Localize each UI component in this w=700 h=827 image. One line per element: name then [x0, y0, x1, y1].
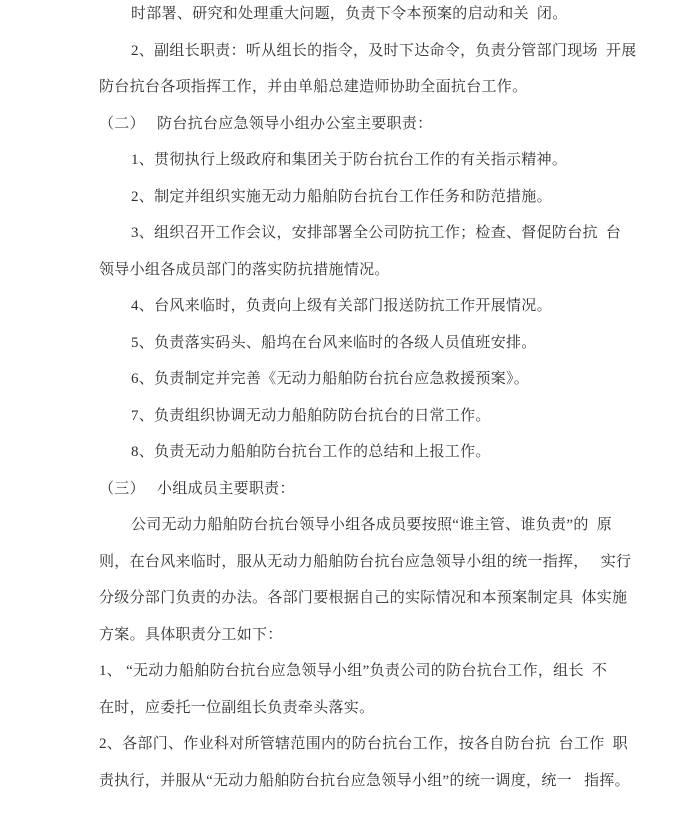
text-line: 领导小组各成员部门的落实防抗措施情况。 — [99, 252, 639, 289]
text-line: 时部署、研究和处理重大问题，负责下令本预案的启动和关 闭。 — [99, 0, 639, 33]
text-line: 1、 “无动力船舶防台抗台应急领导小组”负责公司的防台抗台工作，组长 不 — [99, 653, 639, 690]
document-text-block: 时部署、研究和处理重大问题，负责下令本预案的启动和关 闭。 2、副组长职责：听从… — [99, 0, 639, 799]
text-line: 责执行，并服从“无动力船舶防台抗台应急领导小组”的统一调度，统一 指挥。 — [99, 763, 639, 800]
text-line: 1、贯彻执行上级政府和集团关于防台抗台工作的有关指示精神。 — [99, 142, 639, 179]
text-line: 公司无动力船舶防台抗台领导小组各成员要按照“谁主管、谁负责”的 原 — [99, 507, 639, 544]
text-line: 方案。具体职责分工如下： — [99, 617, 639, 654]
section-heading: （二） 防台抗台应急领导小组办公室主要职责： — [99, 106, 639, 143]
text-line: 防台抗台各项指挥工作，并由单船总建造师协助全面抗台工作。 — [99, 69, 639, 106]
text-line: 分级分部门负责的办法。各部门要根据自己的实际情况和本预案制定具 体实施 — [99, 580, 639, 617]
text-line: 7、负责组织协调无动力船舶防防台抗台的日常工作。 — [99, 398, 639, 435]
section-heading: （三） 小组成员主要职责： — [99, 471, 639, 508]
text-line: 2、各部门、作业科对所管辖范围内的防台抗台工作，按各自防台抗 台工作 职 — [99, 726, 639, 763]
text-line: 4、台风来临时，负责向上级有关部门报送防抗工作开展情况。 — [99, 288, 639, 325]
text-line: 则，在台风来临时，服从无动力船舶防台抗台应急领导小组的统一指挥， 实行 — [99, 544, 639, 581]
text-line: 2、制定并组织实施无动力船舶防台抗台工作任务和防范措施。 — [99, 179, 639, 216]
document-page: 时部署、研究和处理重大问题，负责下令本预案的启动和关 闭。 2、副组长职责：听从… — [0, 0, 700, 827]
text-line: 6、负责制定并完善《无动力船舶防台抗台应急救援预案》。 — [99, 361, 639, 398]
text-line: 5、负责落实码头、船坞在台风来临时的各级人员值班安排。 — [99, 325, 639, 362]
text-line: 3、组织召开工作会议，安排部署全公司防抗工作；检查、督促防台抗 台 — [99, 215, 639, 252]
text-line: 8、负责无动力船舶防台抗台工作的总结和上报工作。 — [99, 434, 639, 471]
text-line: 在时，应委托一位副组长负责牵头落实。 — [99, 690, 639, 727]
text-line: 2、副组长职责：听从组长的指令，及时下达命令，负责分管部门现场 开展 — [99, 33, 639, 70]
